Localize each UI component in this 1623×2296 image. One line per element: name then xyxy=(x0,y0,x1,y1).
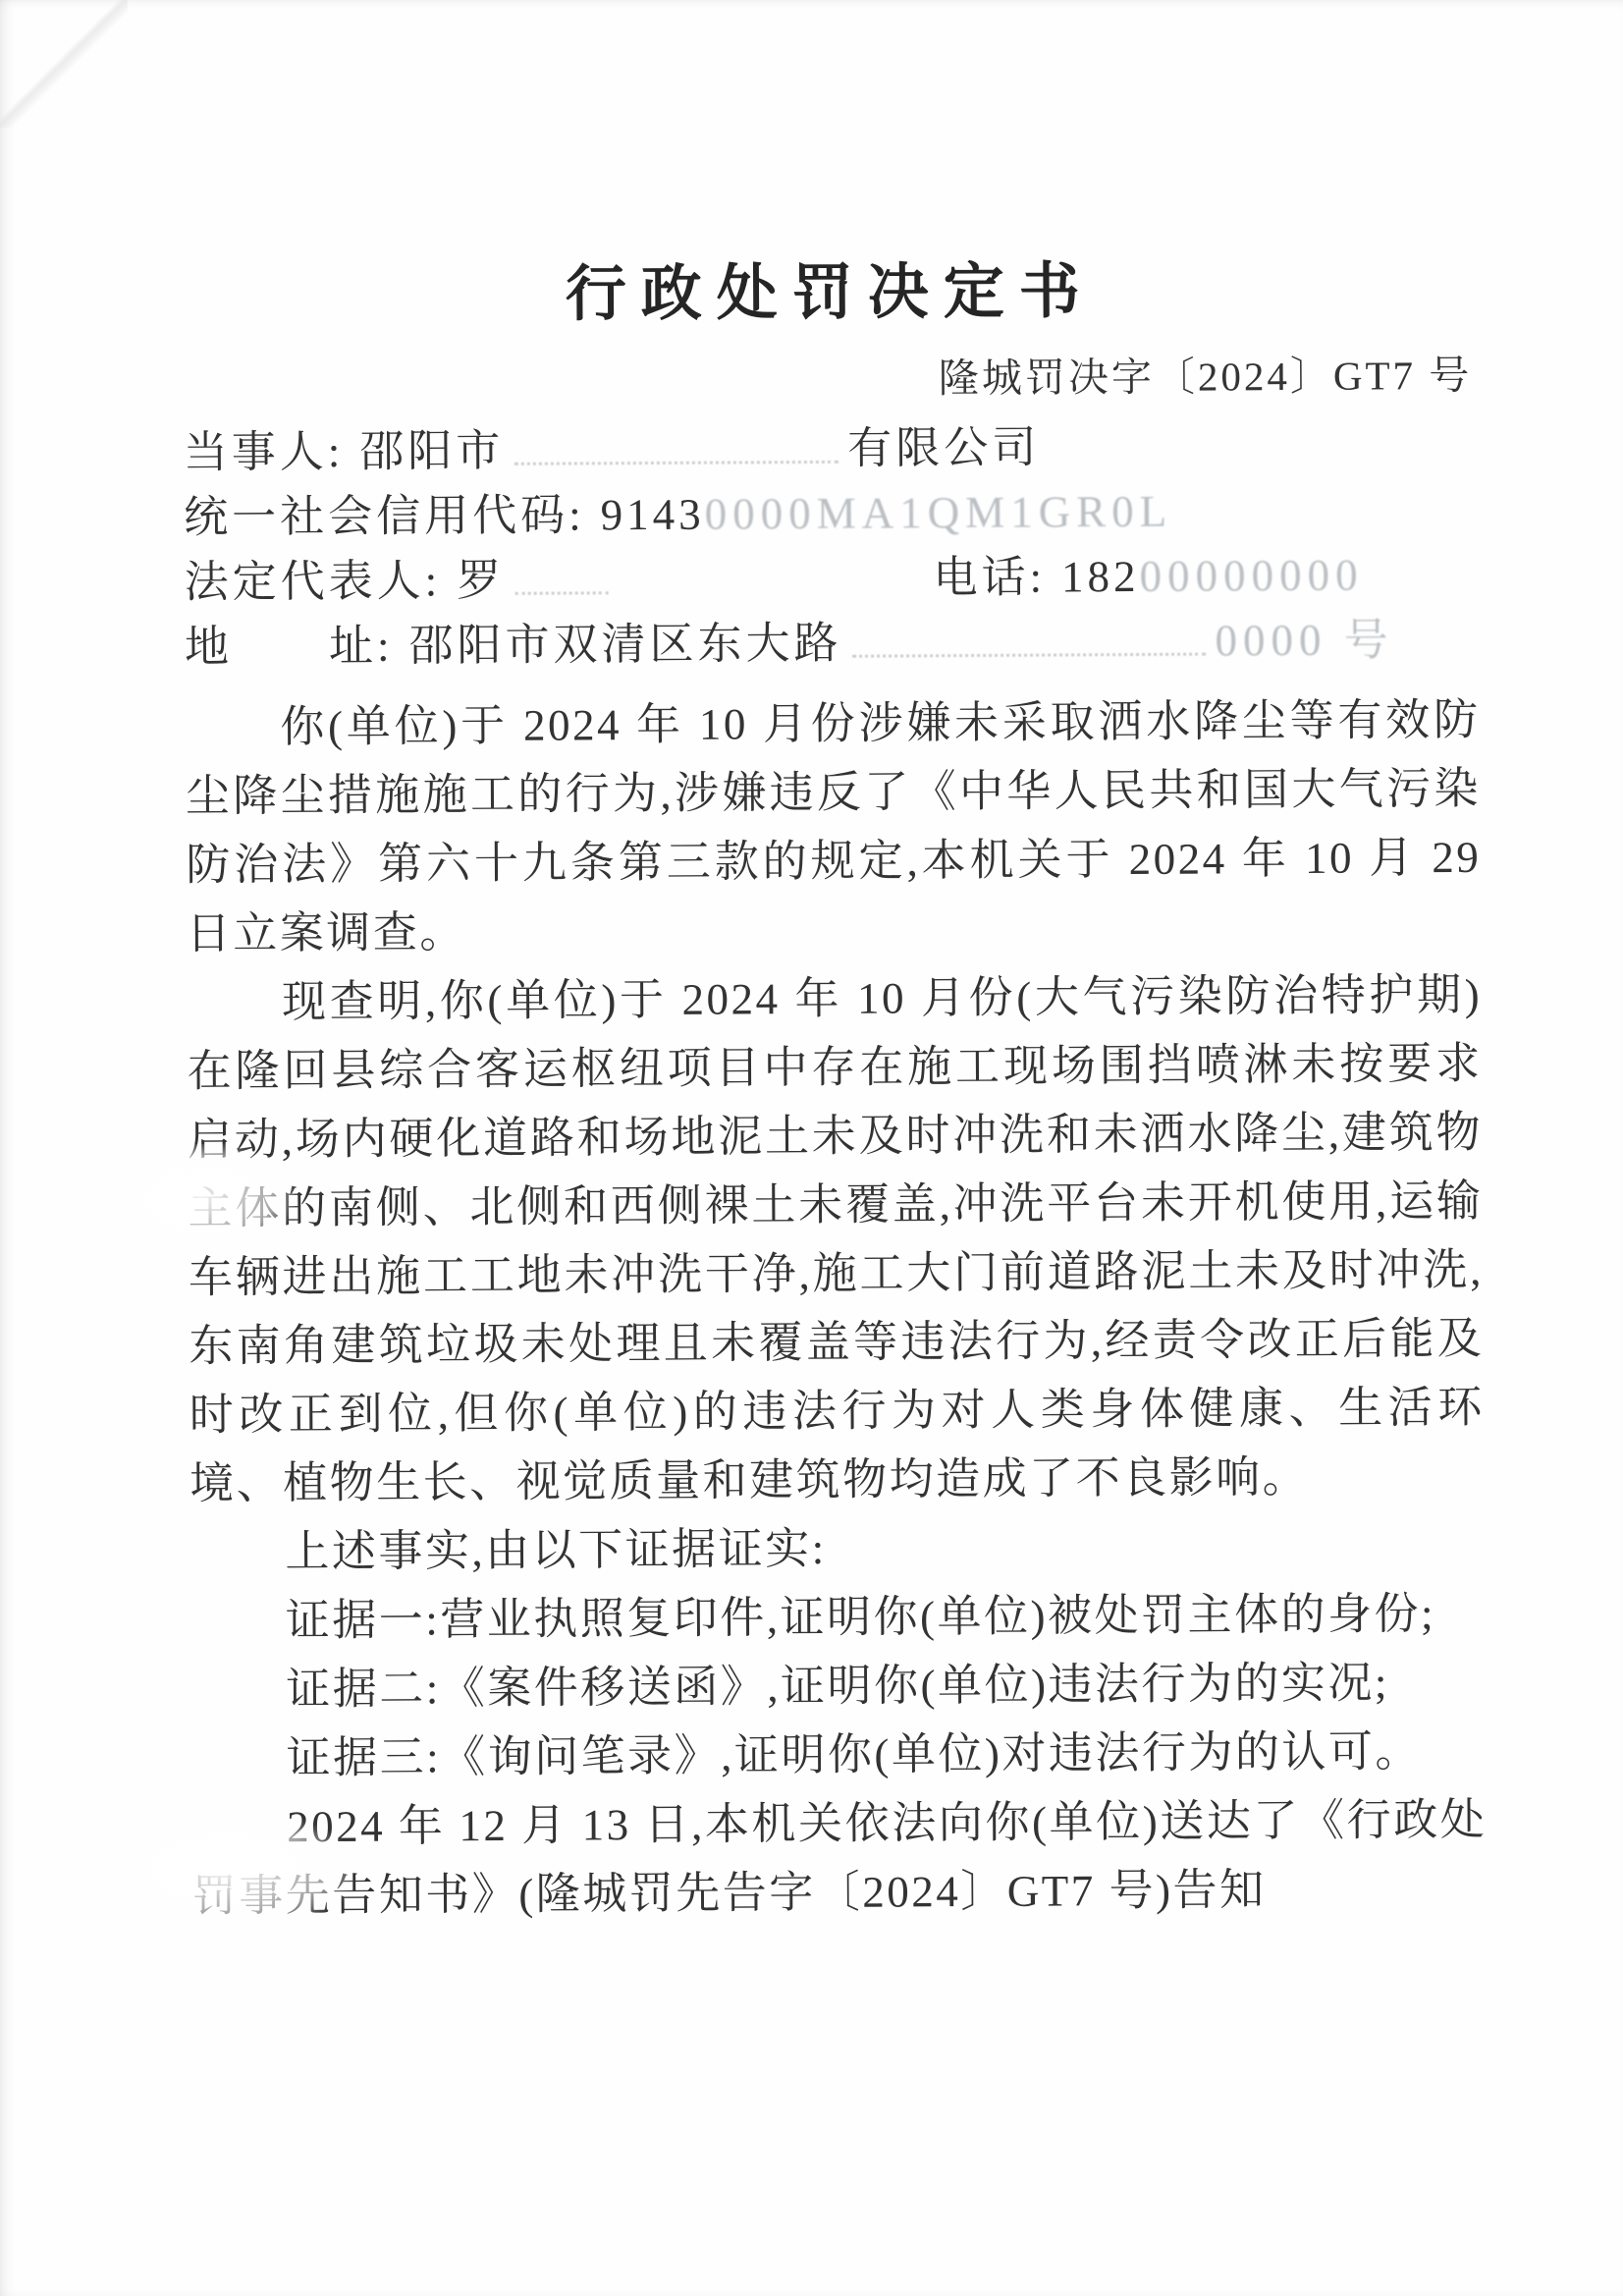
address-clear: 邵阳市双清区东大路 xyxy=(408,619,841,671)
phone-label: 电话: xyxy=(933,553,1046,603)
paragraph-evidence-3: 证据三:《询问笔录》,证明你(单位)对违法行为的认可。 xyxy=(191,1717,1487,1793)
paragraph-evidence-2: 证据二:《案件移送函》,证明你(单位)违法行为的实况; xyxy=(190,1648,1486,1724)
field-address: 地 址:邵阳市双清区东大路0000 号 xyxy=(185,607,1480,680)
document-title: 行政处罚决定书 xyxy=(183,240,1479,335)
legal-rep-clear: 罗 xyxy=(457,556,505,605)
document-number: 隆城罚决字〔2024〕GT7 号 xyxy=(183,343,1478,409)
phone-group: 电话:18200000000 xyxy=(933,542,1479,610)
legal-rep-group: 法定代表人:罗 xyxy=(184,547,618,615)
document-content: 行政处罚决定书 隆城罚决字〔2024〕GT7 号 当事人:邵阳市有限公司 统一社… xyxy=(0,0,1623,1932)
address-label: 地 址: xyxy=(185,622,394,672)
redacted-address-detail xyxy=(851,629,1205,658)
paragraph-evidence-1: 证据一:营业执照复印件,证明你(单位)被处罚主体的身份; xyxy=(190,1579,1486,1656)
credit-code-label: 统一社会信用代码: xyxy=(184,490,585,541)
party-label: 当事人: xyxy=(184,427,345,477)
field-party: 当事人:邵阳市有限公司 xyxy=(184,412,1479,485)
field-credit-code: 统一社会信用代码:91430000MA1QM1GR0L xyxy=(184,477,1479,550)
party-name-prefix: 邵阳市 xyxy=(359,426,504,476)
scanned-document-page: 行政处罚决定书 隆城罚决字〔2024〕GT7 号 当事人:邵阳市有限公司 统一社… xyxy=(0,0,1623,2296)
phone-clear: 182 xyxy=(1061,552,1140,601)
party-name-suffix: 有限公司 xyxy=(847,423,1040,473)
phone-faded: 00000000 xyxy=(1139,551,1363,601)
field-legal-rep-and-phone: 法定代表人:罗 电话:18200000000 xyxy=(184,542,1479,615)
redacted-legal-rep-name xyxy=(514,569,608,595)
paragraph-evidence-intro: 上述事实,由以下证据证实: xyxy=(189,1510,1485,1587)
paragraph-case-filing: 你(单位)于 2024 年 10 月份涉嫌未采取洒水降尘等有效防尘降尘措施施工的… xyxy=(185,685,1482,968)
redacted-company-name xyxy=(514,437,838,465)
credit-code-faded: 0000MA1QM1GR0L xyxy=(705,487,1173,539)
paragraph-prior-notice: 2024 年 12 月 13 日,本机关依法向你(单位)送达了《行政处罚事先告知… xyxy=(191,1785,1488,1931)
address-faded: 0000 号 xyxy=(1215,615,1394,665)
paragraph-findings: 现查明,你(单位)于 2024 年 10 月份(大气污染防治特护期)在隆回县综合… xyxy=(187,960,1485,1518)
credit-code-clear: 9143 xyxy=(601,490,705,540)
legal-rep-label: 法定代表人: xyxy=(184,556,441,607)
